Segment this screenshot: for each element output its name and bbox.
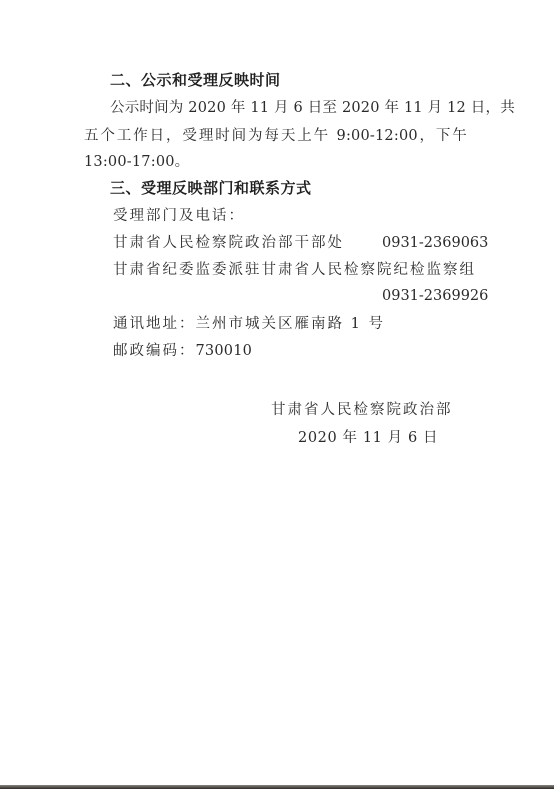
section-2-paragraph-line-3: 13:00-17:00。	[84, 152, 189, 172]
section-3-heading: 三、受理反映部门和联系方式	[110, 178, 312, 198]
postcode-line: 邮政编码：730010	[113, 341, 252, 361]
section-2-heading: 二、公示和受理反映时间	[110, 70, 281, 90]
contact-phone-2: 0931-2369926	[382, 286, 488, 306]
document-page: 二、公示和受理反映时间 公示时间为 2020 年 11 月 6 日至 2020 …	[0, 0, 554, 785]
contact-intro: 受理部门及电话：	[113, 206, 245, 226]
contact-department-2: 甘肃省纪委监委派驻甘肃省人民检察院纪检监察组	[113, 260, 476, 280]
address-label: 通讯地址：	[113, 316, 196, 332]
section-2-paragraph-line-2: 五个工作日，受理时间为每天上午 9:00-12:00，下午	[84, 126, 467, 146]
address-line: 通讯地址：兰州市城关区雁南路 1 号	[113, 314, 385, 334]
scan-bottom-edge	[0, 785, 554, 789]
contact-phone-1: 0931-2369063	[382, 233, 488, 253]
address-value: 兰州市城关区雁南路 1 号	[196, 316, 385, 332]
postcode-value: 730010	[196, 343, 253, 359]
signature-organization: 甘肃省人民检察院政治部	[271, 400, 453, 420]
section-2-paragraph-line-1: 公示时间为 2020 年 11 月 6 日至 2020 年 11 月 12 日，…	[110, 98, 468, 118]
contact-department-1: 甘肃省人民检察院政治部干部处	[113, 233, 344, 253]
signature-date: 2020 年 11 月 6 日	[298, 428, 438, 448]
postcode-label: 邮政编码：	[113, 343, 196, 359]
